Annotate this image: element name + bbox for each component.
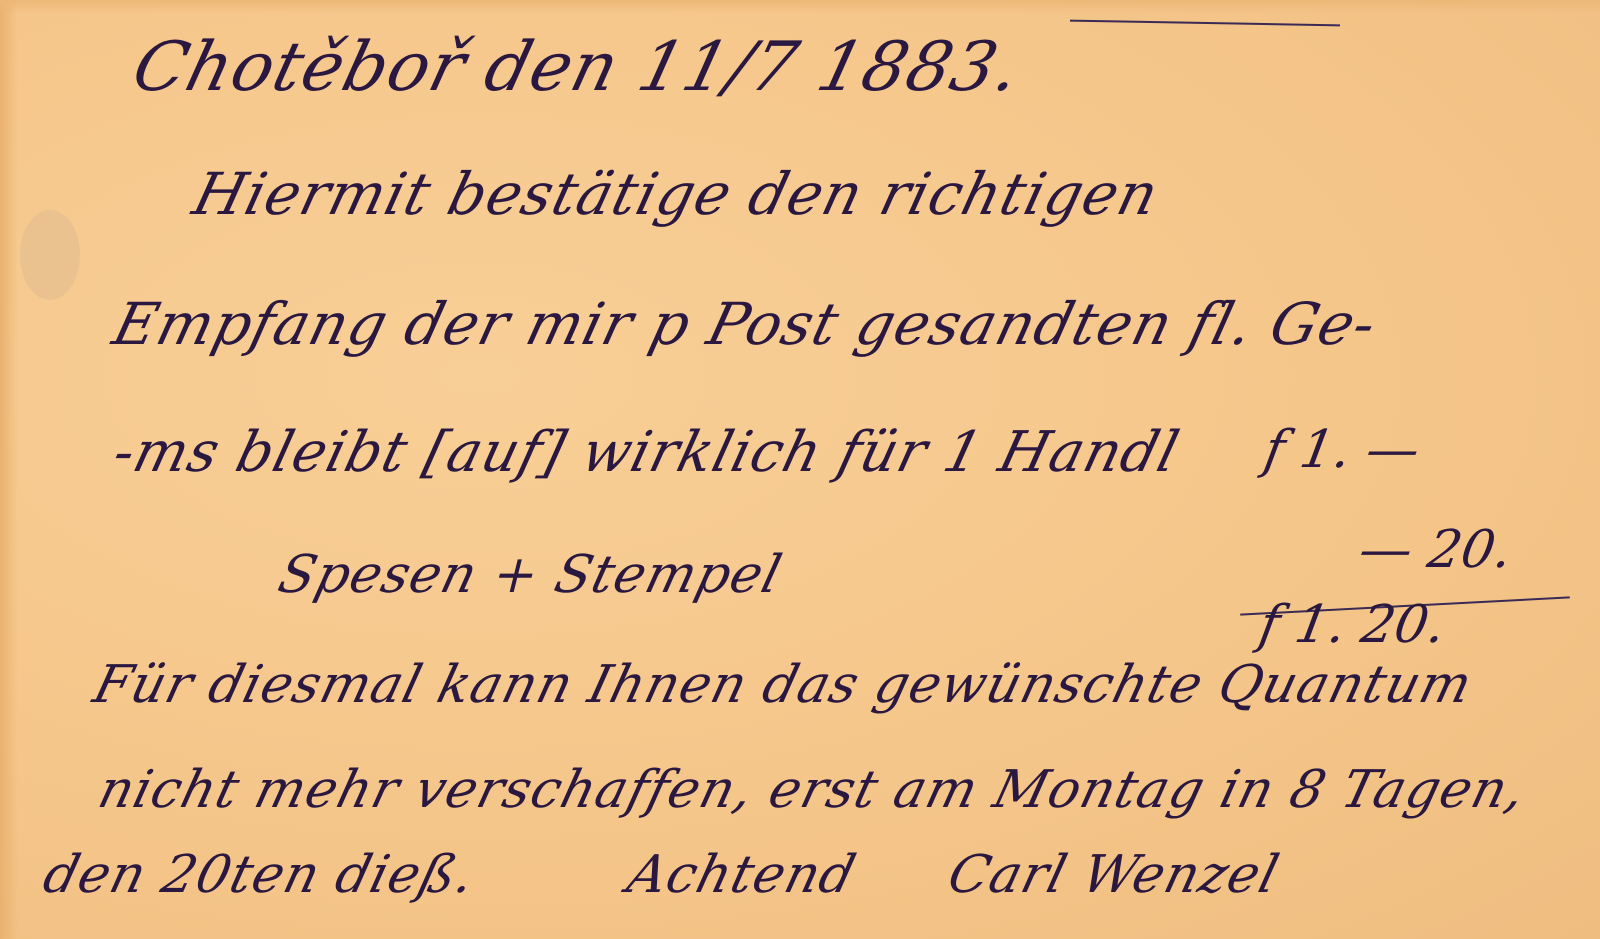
text-line-4: Spesen + Stempel	[273, 545, 789, 605]
fees-amount: — 20.	[1355, 520, 1517, 580]
text-line-2: Empfang der mir p Post gesandten fl. Ge-	[107, 290, 1384, 358]
text-line-1: Hiermit bestätige den richtigen	[187, 160, 1166, 228]
paper-stain	[20, 210, 80, 300]
closing-line: den 20ten dieß. Achtend Carl Wenzel	[38, 845, 1286, 905]
closing-word: Achtend	[621, 845, 862, 905]
text-line-6: nicht mehr verschaffen, erst am Montag i…	[93, 760, 1533, 820]
postcard: Chotěboř den 11/7 1883. Hiermit bestätig…	[0, 0, 1600, 939]
item-amount: f 1. —	[1260, 420, 1425, 480]
text-line-5: Für diesmal kann Ihnen das gewünschte Qu…	[88, 655, 1479, 715]
total-amount: f 1. 20.	[1255, 595, 1450, 655]
signature: Carl Wenzel	[942, 845, 1285, 905]
year-underline	[1070, 20, 1340, 27]
paper-edge-top	[0, 0, 1600, 14]
place-date-heading: Chotěboř den 11/7 1883.	[125, 28, 1029, 107]
text-line-3: -ms bleibt [auf] wirklich für 1 Handl	[107, 420, 1186, 485]
text-line-7: den 20ten dieß.	[38, 845, 482, 905]
paper-edge-left	[0, 0, 18, 939]
